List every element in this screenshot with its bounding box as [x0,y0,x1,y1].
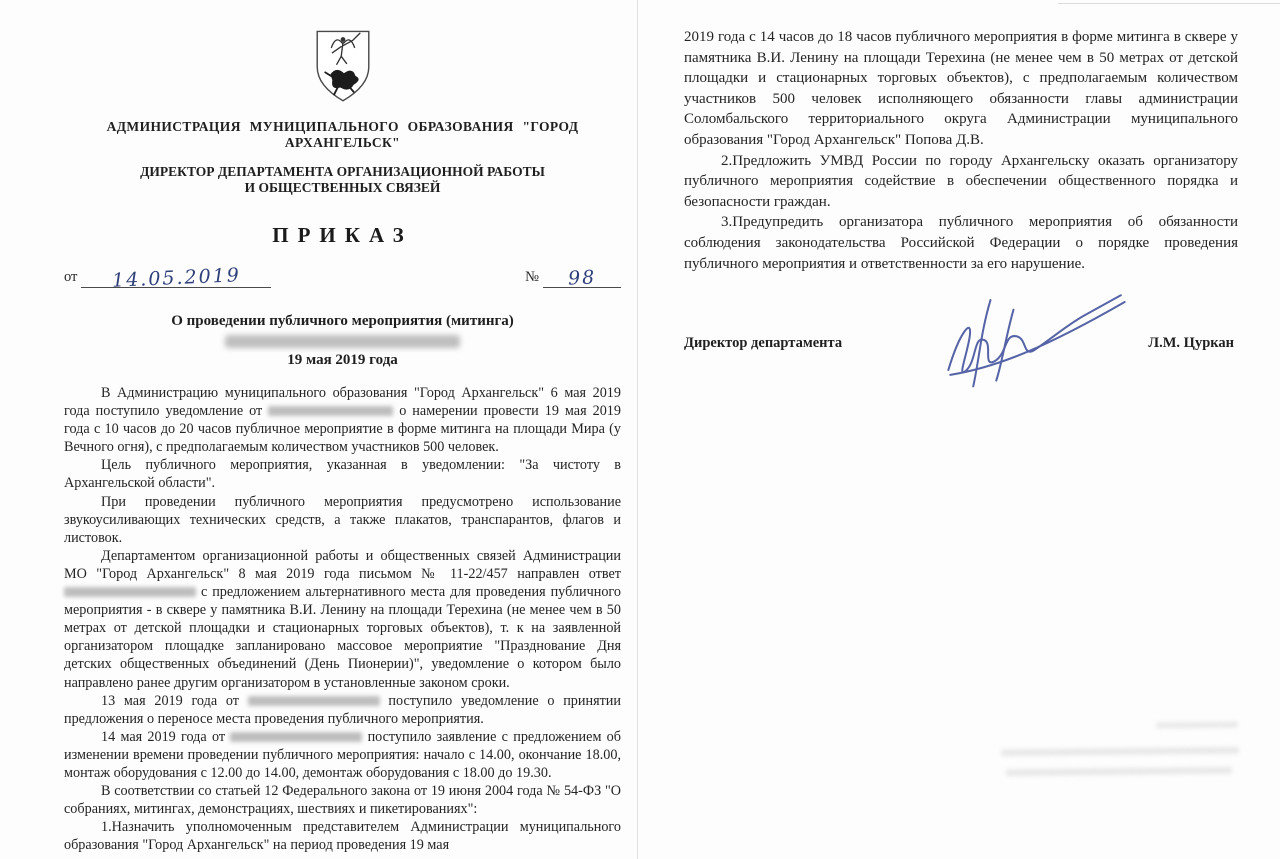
redacted-line [225,335,460,348]
bleed-through-line [1156,722,1238,729]
redacted-text [64,587,196,597]
paragraph: 2.Предложить УМВД России по городу Архан… [684,151,1238,213]
page-2: 2019 года с 14 часов до 18 часов публичн… [637,0,1280,859]
paragraph: 3.Предупредить организатора публичного м… [684,212,1238,274]
signature-block: Директор департамента Л.М. Цуркан [684,301,1238,391]
handwritten-date: 14.05.2019 [112,264,242,292]
document-title-date: 19 мая 2019 года [64,352,621,369]
paragraph: 1.Назначить уполномоченным представителе… [64,818,621,854]
paragraph: 2019 года с 14 часов до 18 часов публичн… [684,27,1238,151]
bleed-through-line [1006,767,1232,776]
body-text-left: В Администрацию муниципального образован… [64,384,621,854]
number-underline: 98 [543,265,621,288]
handwritten-signature-icon [929,279,1144,394]
redacted-text [248,696,380,706]
number-field: № 98 [525,265,621,288]
signer-name: Л.М. Цуркан [1148,335,1234,352]
department-title-line2: И ОБЩЕСТВЕННЫХ СВЯЗЕЙ [64,180,621,196]
body-text-right: 2019 года с 14 часов до 18 часов публичн… [684,27,1238,274]
date-number-row: от 14.05.2019 № 98 [64,265,621,288]
redacted-text [230,732,362,742]
paragraph: При проведении публичного мероприятия пр… [64,493,621,547]
department-title-line1: ДИРЕКТОР ДЕПАРТАМЕНТА ОРГАНИЗАЦИОННОЙ РА… [64,164,621,180]
handwritten-number: 98 [568,266,597,289]
document-title-line1: О проведении публичного мероприятия (мит… [64,313,621,330]
paragraph: 13 мая 2019 года от поступило уведомлени… [64,692,621,728]
document-type-heading: ПРИКАЗ [64,223,621,248]
date-underline: 14.05.2019 [81,265,271,288]
paragraph: В соответствии со статьей 12 Федеральног… [64,782,621,818]
date-label: от [64,269,77,288]
organization-name: АДМИНИСТРАЦИЯ МУНИЦИПАЛЬНОГО ОБРАЗОВАНИЯ… [64,119,621,151]
redacted-text [268,406,393,416]
paragraph: Цель публичного мероприятия, указанная в… [64,456,621,492]
document-scan: АДМИНИСТРАЦИЯ МУНИЦИПАЛЬНОГО ОБРАЗОВАНИЯ… [0,0,1280,859]
signer-position: Директор департамента [684,335,842,352]
department-title: ДИРЕКТОР ДЕПАРТАМЕНТА ОРГАНИЗАЦИОННОЙ РА… [64,164,621,196]
page-1: АДМИНИСТРАЦИЯ МУНИЦИПАЛЬНОГО ОБРАЗОВАНИЯ… [0,0,637,859]
paragraph: В Администрацию муниципального образован… [64,384,621,456]
document-title: О проведении публичного мероприятия (мит… [64,313,621,369]
date-field: от 14.05.2019 [64,265,271,288]
arkhangelsk-coat-of-arms-icon [311,24,375,110]
paragraph: 14 мая 2019 года от поступило заявление … [64,728,621,782]
bleed-through-line [1001,747,1239,756]
paragraph: Департаментом организационной работы и о… [64,547,621,692]
number-label: № [525,269,539,288]
